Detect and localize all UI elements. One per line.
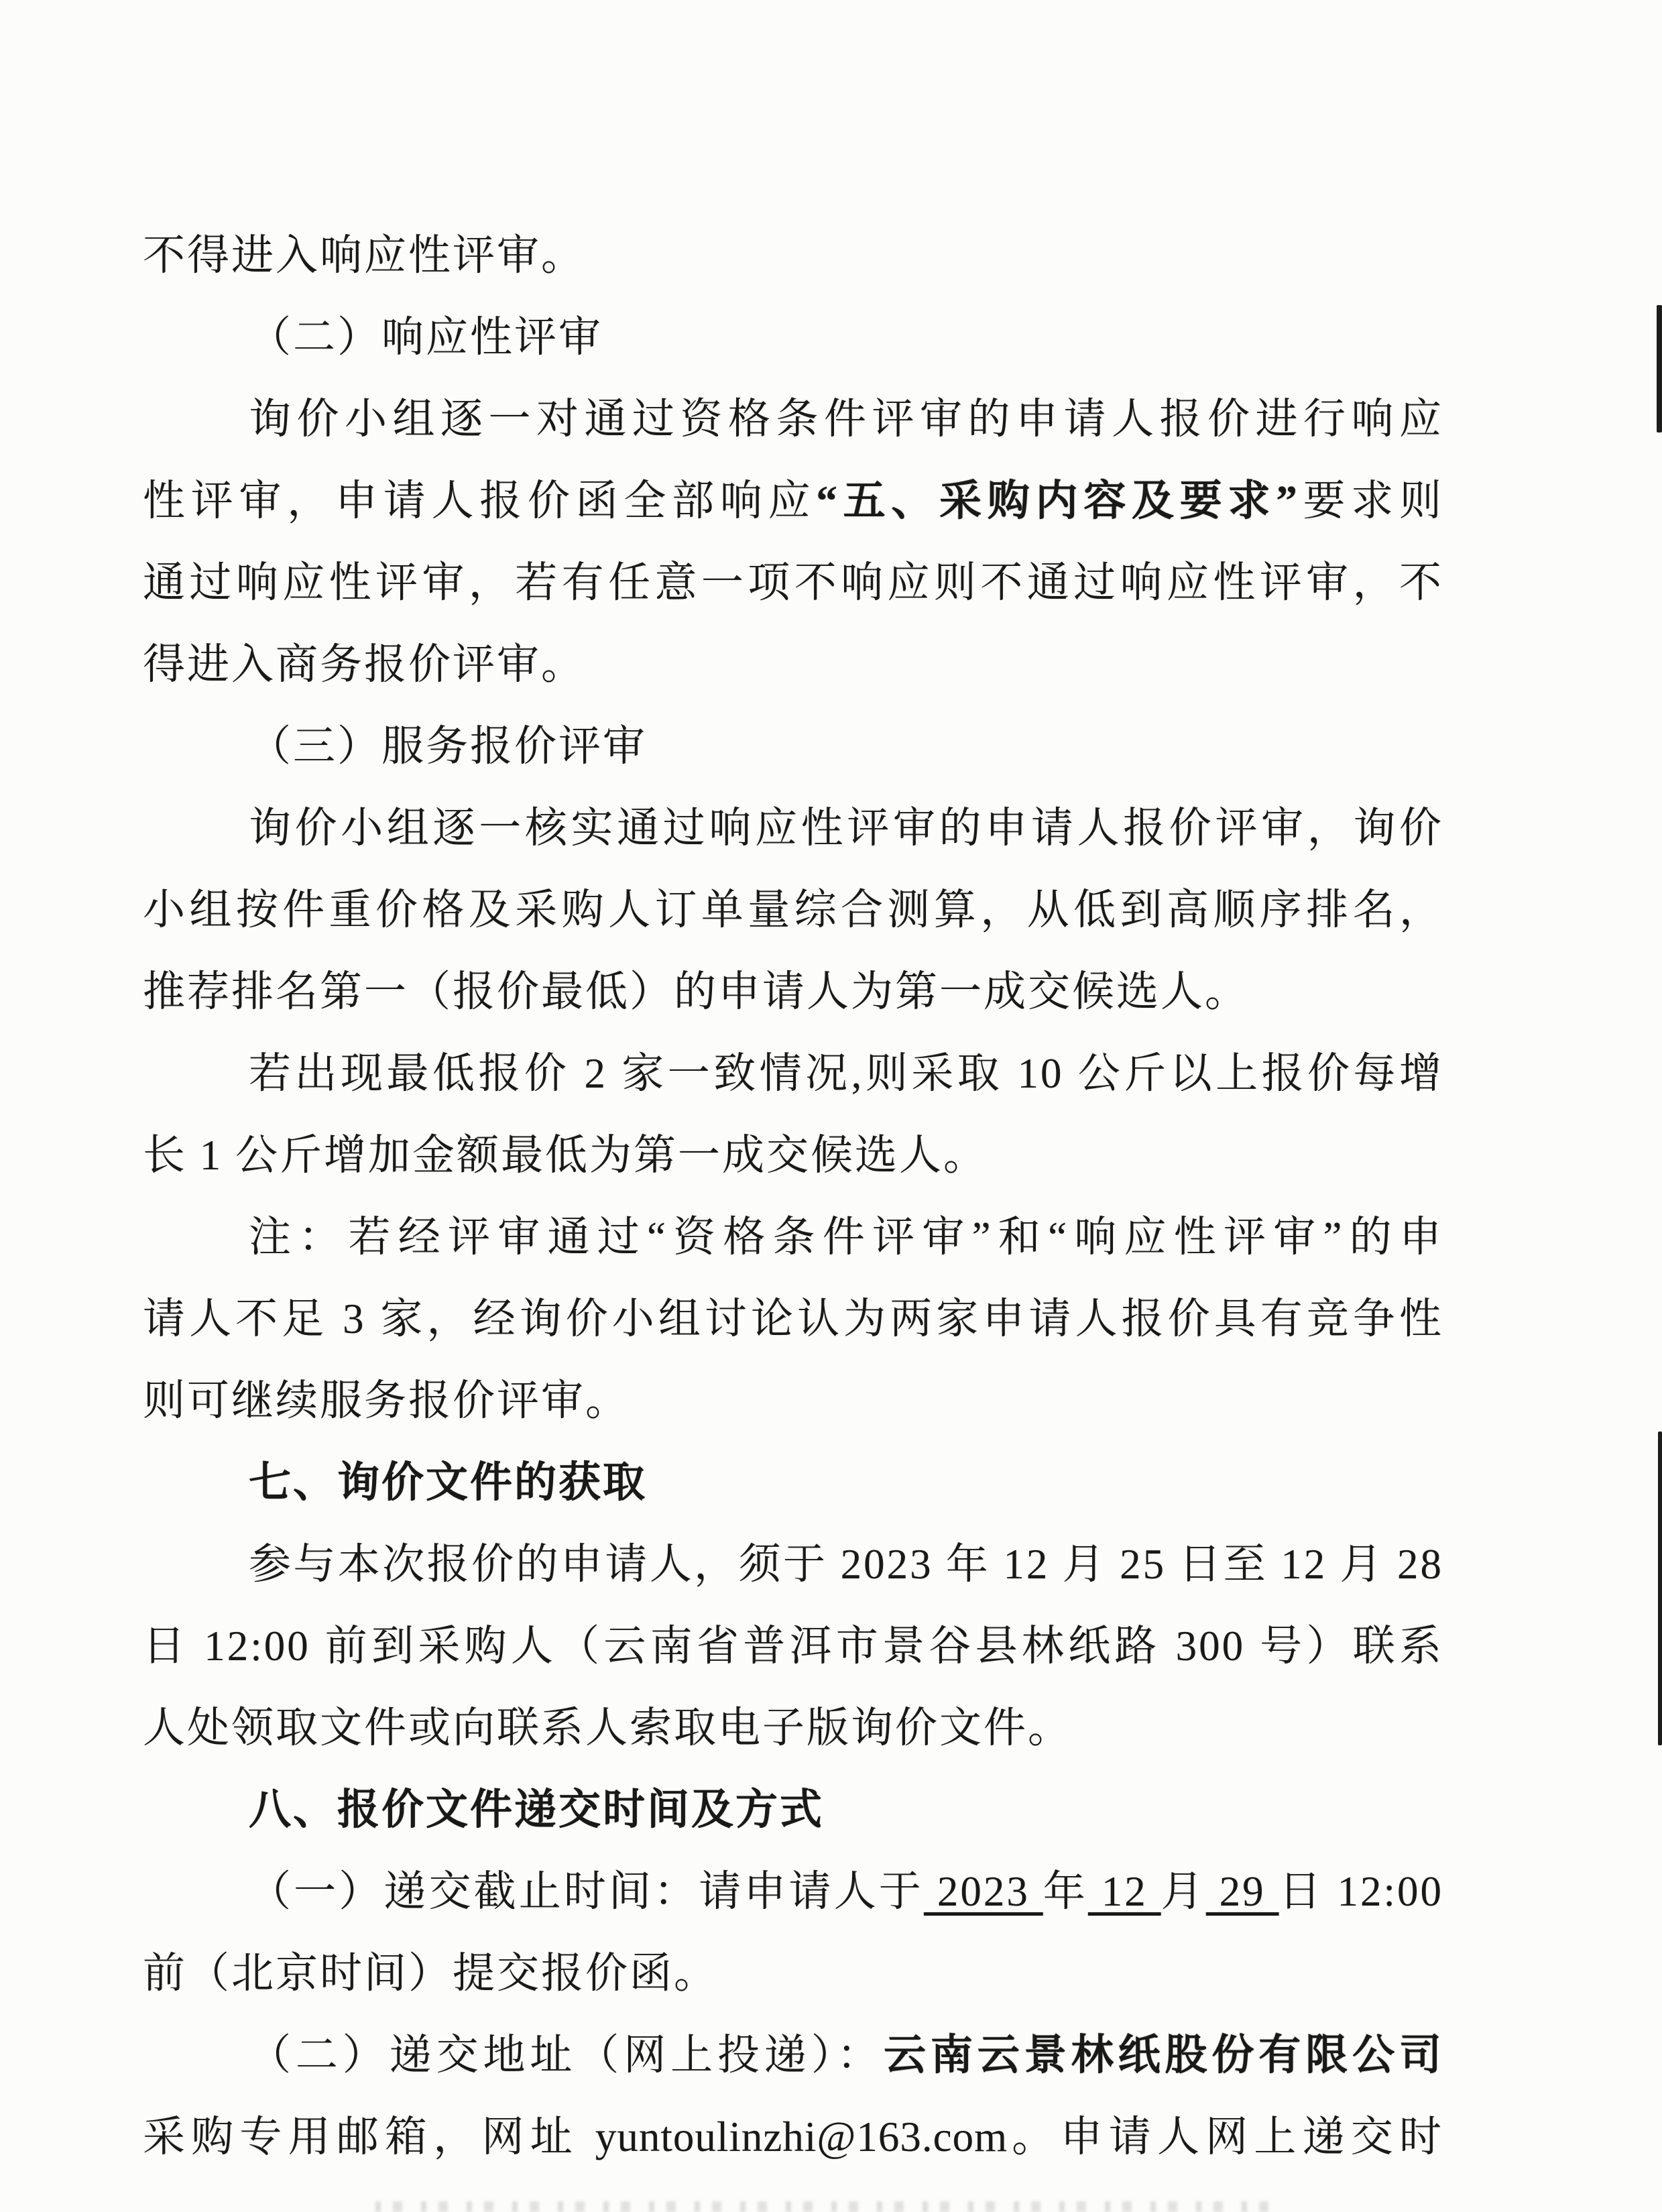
text-run: 。申请人网上递交时 bbox=[1008, 2113, 1443, 2160]
heading-section-8-submission-time-method: 八、报价文件递交时间及方式 bbox=[143, 1769, 1443, 1851]
text-run: 前（北京时间）提交报价函。 bbox=[143, 1950, 718, 1997]
text-run: （二）响应性评审 bbox=[249, 314, 603, 361]
heading-section-7-document-acquisition: 七、询价文件的获取 bbox=[143, 1442, 1443, 1523]
text-run: 小组按件重价格及采购人订单量综合测算，从低到高顺序排名， bbox=[143, 886, 1443, 933]
para-service-quote-line-2: 小组按件重价格及采购人订单量综合测算，从低到高顺序排名， bbox=[143, 869, 1443, 951]
text-run: （一）递交截止时间：请申请人于 bbox=[249, 1868, 924, 1915]
text-run: 月 bbox=[1161, 1868, 1206, 1915]
deadline-month-underlined: 12 bbox=[1088, 1868, 1161, 1915]
deadline-day-underlined: 29 bbox=[1206, 1868, 1279, 1915]
text-run: （三）服务报价评审 bbox=[249, 723, 647, 770]
document-body: 不得进入响应性评审。 （二）响应性评审 询价小组逐一对通过资格条件评审的申请人报… bbox=[143, 215, 1443, 2178]
text-run: 参与本次报价的申请人，须于 2023 年 12 月 25 日至 12 月 28 bbox=[249, 1541, 1443, 1588]
text-run: 请人不足 3 家，经询价小组讨论认为两家申请人报价具有竞争性 bbox=[143, 1295, 1443, 1342]
text-run: 长 1 公斤增加金额最低为第一成交候选人。 bbox=[143, 1132, 988, 1179]
para-tie-break-line-1: 若出现最低报价 2 家一致情况,则采取 10 公斤以上报价每增 bbox=[143, 1033, 1443, 1114]
text-run: 通过响应性评审，若有任意一项不响应则不通过响应性评审，不 bbox=[143, 559, 1443, 606]
text-run: 不得进入响应性评审。 bbox=[143, 232, 585, 279]
text-run: 若出现最低报价 2 家一致情况,则采取 10 公斤以上报价每增 bbox=[249, 1050, 1443, 1097]
deadline-year-underlined: 2023 bbox=[924, 1868, 1043, 1915]
company-name-bold: 云南云景林纸股份有限公司 bbox=[884, 2032, 1443, 2079]
text-run: 注：若经评审通过“资格条件评审”和“响应性评审”的申 bbox=[249, 1214, 1443, 1261]
email-address: yuntoulinzhi@163.com bbox=[595, 2113, 1008, 2160]
text-run: 则可继续服务报价评审。 bbox=[143, 1377, 630, 1424]
subheading-service-quote-review: （三）服务报价评审 bbox=[143, 705, 1443, 787]
scan-edge-artifact-top bbox=[1657, 305, 1662, 432]
text-run: 询价小组逐一对通过资格条件评审的申请人报价进行响应 bbox=[249, 396, 1443, 443]
para-qualification-review-tail: 不得进入响应性评审。 bbox=[143, 215, 1443, 296]
para-submission-address-line-1: （二）递交地址（网上投递）：云南云景林纸股份有限公司 bbox=[143, 2014, 1443, 2096]
para-submission-address-line-2: 采购专用邮箱，网址 yuntoulinzhi@163.com。申请人网上递交时 bbox=[143, 2096, 1443, 2178]
text-run: 日 12:00 bbox=[1279, 1868, 1444, 1915]
para-responsiveness-line-2: 性评审，申请人报价函全部响应“五、采购内容及要求”要求则 bbox=[143, 460, 1443, 542]
subheading-responsiveness-review: （二）响应性评审 bbox=[143, 296, 1443, 378]
text-run: 日 12:00 前到采购人（云南省普洱市景谷县林纸路 300 号）联系 bbox=[143, 1623, 1443, 1670]
para-deadline-line-2: 前（北京时间）提交报价函。 bbox=[143, 1932, 1443, 2014]
para-responsiveness-line-1: 询价小组逐一对通过资格条件评审的申请人报价进行响应 bbox=[143, 378, 1443, 460]
para-acquisition-line-2: 日 12:00 前到采购人（云南省普洱市景谷县林纸路 300 号）联系 bbox=[143, 1605, 1443, 1687]
text-run: 采购专用邮箱，网址 bbox=[143, 2113, 595, 2160]
text-run: 年 bbox=[1043, 1868, 1088, 1915]
scan-edge-artifact-middle bbox=[1658, 1432, 1662, 1745]
para-note-line-3: 则可继续服务报价评审。 bbox=[143, 1360, 1443, 1442]
para-tie-break-line-2: 长 1 公斤增加金额最低为第一成交候选人。 bbox=[143, 1114, 1443, 1196]
text-run: 人处领取文件或向联系人索取电子版询价文件。 bbox=[143, 1704, 1072, 1751]
text-run: 得进入商务报价评审。 bbox=[143, 641, 585, 688]
text-run: 性评审，申请人报价函全部响应 bbox=[143, 477, 816, 524]
para-responsiveness-line-4: 得进入商务报价评审。 bbox=[143, 624, 1443, 705]
text-run: 推荐排名第一（报价最低）的申请人为第一成交候选人。 bbox=[143, 968, 1249, 1015]
para-responsiveness-line-3: 通过响应性评审，若有任意一项不响应则不通过响应性评审，不 bbox=[143, 542, 1443, 624]
scanned-document-page: 不得进入响应性评审。 （二）响应性评审 询价小组逐一对通过资格条件评审的申请人报… bbox=[0, 0, 1662, 2212]
heading-text: 八、报价文件递交时间及方式 bbox=[249, 1786, 824, 1833]
text-run: 要求则 bbox=[1299, 477, 1443, 524]
para-acquisition-line-3: 人处领取文件或向联系人索取电子版询价文件。 bbox=[143, 1687, 1443, 1769]
para-acquisition-line-1: 参与本次报价的申请人，须于 2023 年 12 月 25 日至 12 月 28 bbox=[143, 1523, 1443, 1605]
para-note-line-2: 请人不足 3 家，经询价小组讨论认为两家申请人报价具有竞争性 bbox=[143, 1278, 1443, 1360]
heading-text: 七、询价文件的获取 bbox=[249, 1459, 647, 1506]
para-note-line-1: 注：若经评审通过“资格条件评审”和“响应性评审”的申 bbox=[143, 1196, 1443, 1278]
bold-procurement-content-ref: “五、采购内容及要求” bbox=[816, 477, 1299, 524]
text-run: 询价小组逐一核实通过响应性评审的申请人报价评审，询价 bbox=[249, 805, 1443, 852]
para-deadline-line-1: （一）递交截止时间：请申请人于 2023 年 12 月 29 日 12:00 bbox=[143, 1851, 1443, 1932]
cut-off-next-line-smudge bbox=[375, 2201, 1274, 2212]
para-service-quote-line-1: 询价小组逐一核实通过响应性评审的申请人报价评审，询价 bbox=[143, 787, 1443, 869]
text-run: （二）递交地址（网上投递）： bbox=[249, 2032, 884, 2079]
para-service-quote-line-3: 推荐排名第一（报价最低）的申请人为第一成交候选人。 bbox=[143, 951, 1443, 1033]
